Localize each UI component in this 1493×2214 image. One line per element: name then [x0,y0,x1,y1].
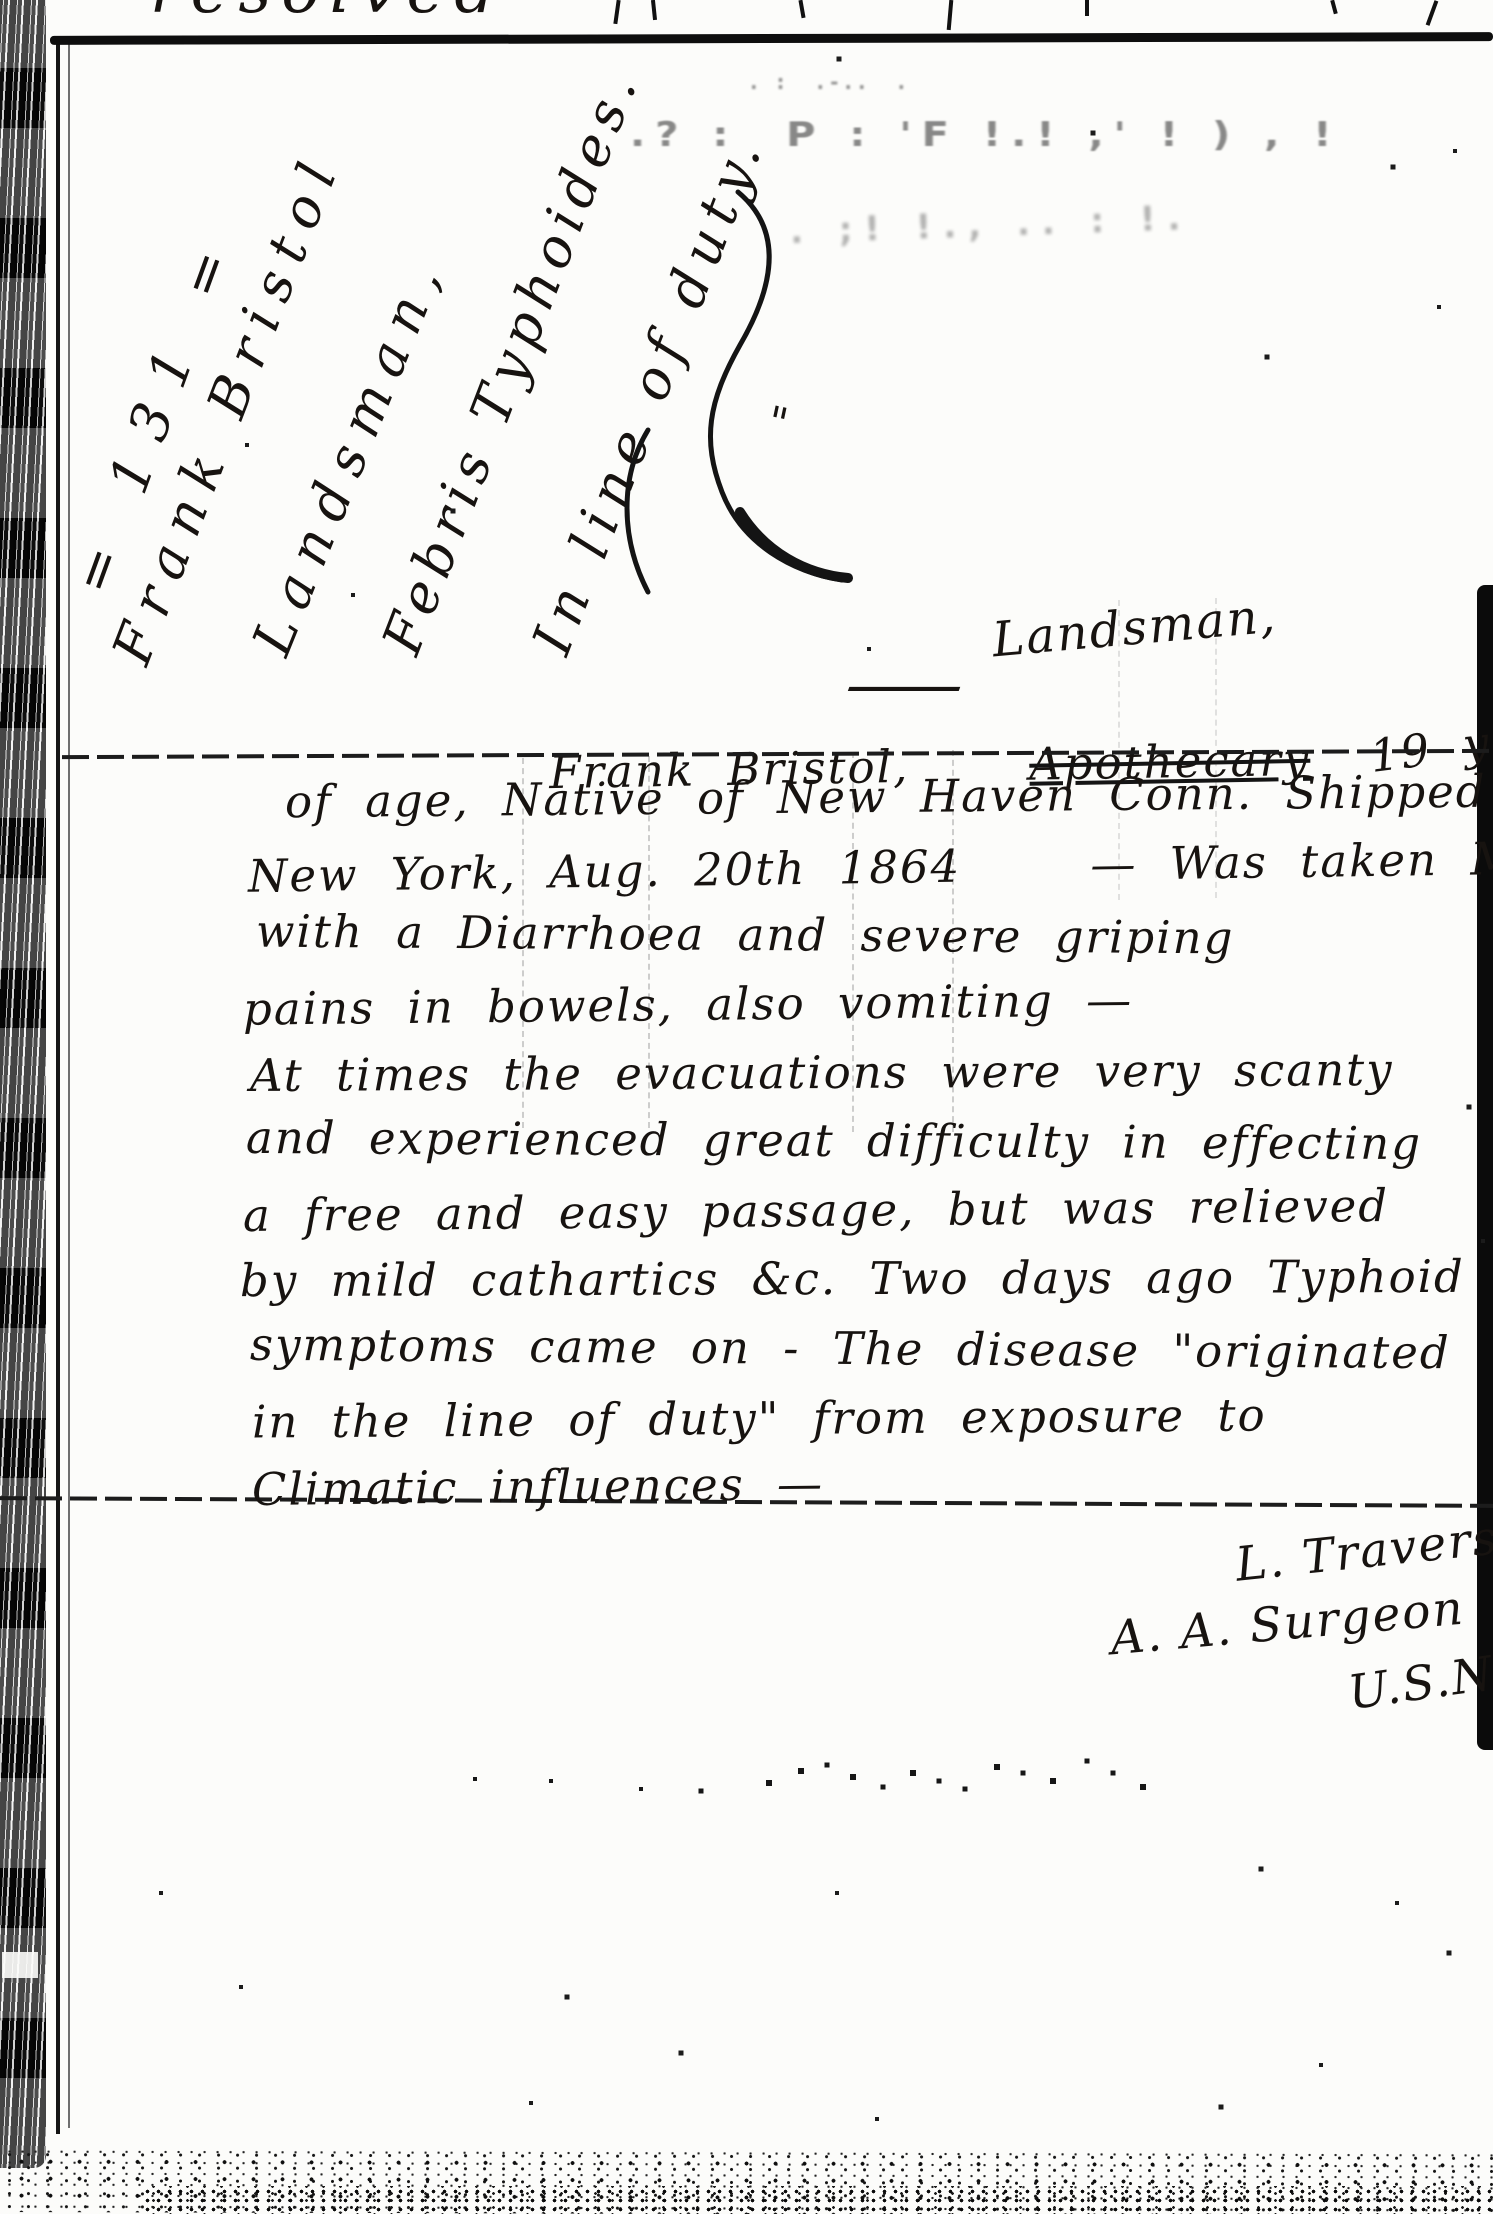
entry-line: with a Diarrhoea and severe griping [256,905,1235,965]
top-ruled-line [50,32,1493,45]
cut-off-stroke [1085,0,1089,16]
binding-gap [2,1952,38,1978]
cut-off-stroke [1426,0,1439,26]
signature-service: U.S.N [1345,1646,1493,1721]
bottom-noise-band-dense [140,2186,1493,2214]
entry-line: a free and easy passage, but was relieve… [243,1179,1390,1242]
entry-line: At times the evacuations were very scant… [250,1043,1394,1102]
faint-stamp-row1: . : .-.. . [750,70,911,94]
entry-line: of age, Native of New Haven Conn. Shippe… [285,765,1487,828]
cut-off-stroke [798,0,805,18]
entry-line: by mild cathartics &c. Two days ago Typh… [240,1250,1465,1307]
margin-flourish [590,140,890,610]
entry-line: and experienced great difficulty in effe… [246,1111,1422,1170]
entry-line: pains in bowels, also vomiting — [243,973,1134,1035]
book-binding-edge [0,0,46,2168]
scanned-medical-record-page: resolved . : .-.. . .? : P : 'F !.! ,' !… [0,0,1493,2214]
page-edge-line [56,36,60,2134]
inserted-rank: Landsman, [990,588,1279,669]
cut-off-stroke [947,0,954,30]
cut-off-script: resolved [150,0,505,28]
entry-line: symptoms came on - The disease "originat… [250,1318,1451,1379]
signature-title: A. A. Surgeon [1108,1581,1466,1667]
ink-specks [0,0,2,2]
page-edge-line-inner [68,40,70,2128]
cut-off-stroke [613,0,620,24]
entry-line: in the line of duty" from exposure to [252,1388,1267,1448]
cut-off-stroke [1330,0,1337,14]
entry-line: Climatic influences — [252,1457,824,1516]
cut-off-stroke [651,0,657,20]
